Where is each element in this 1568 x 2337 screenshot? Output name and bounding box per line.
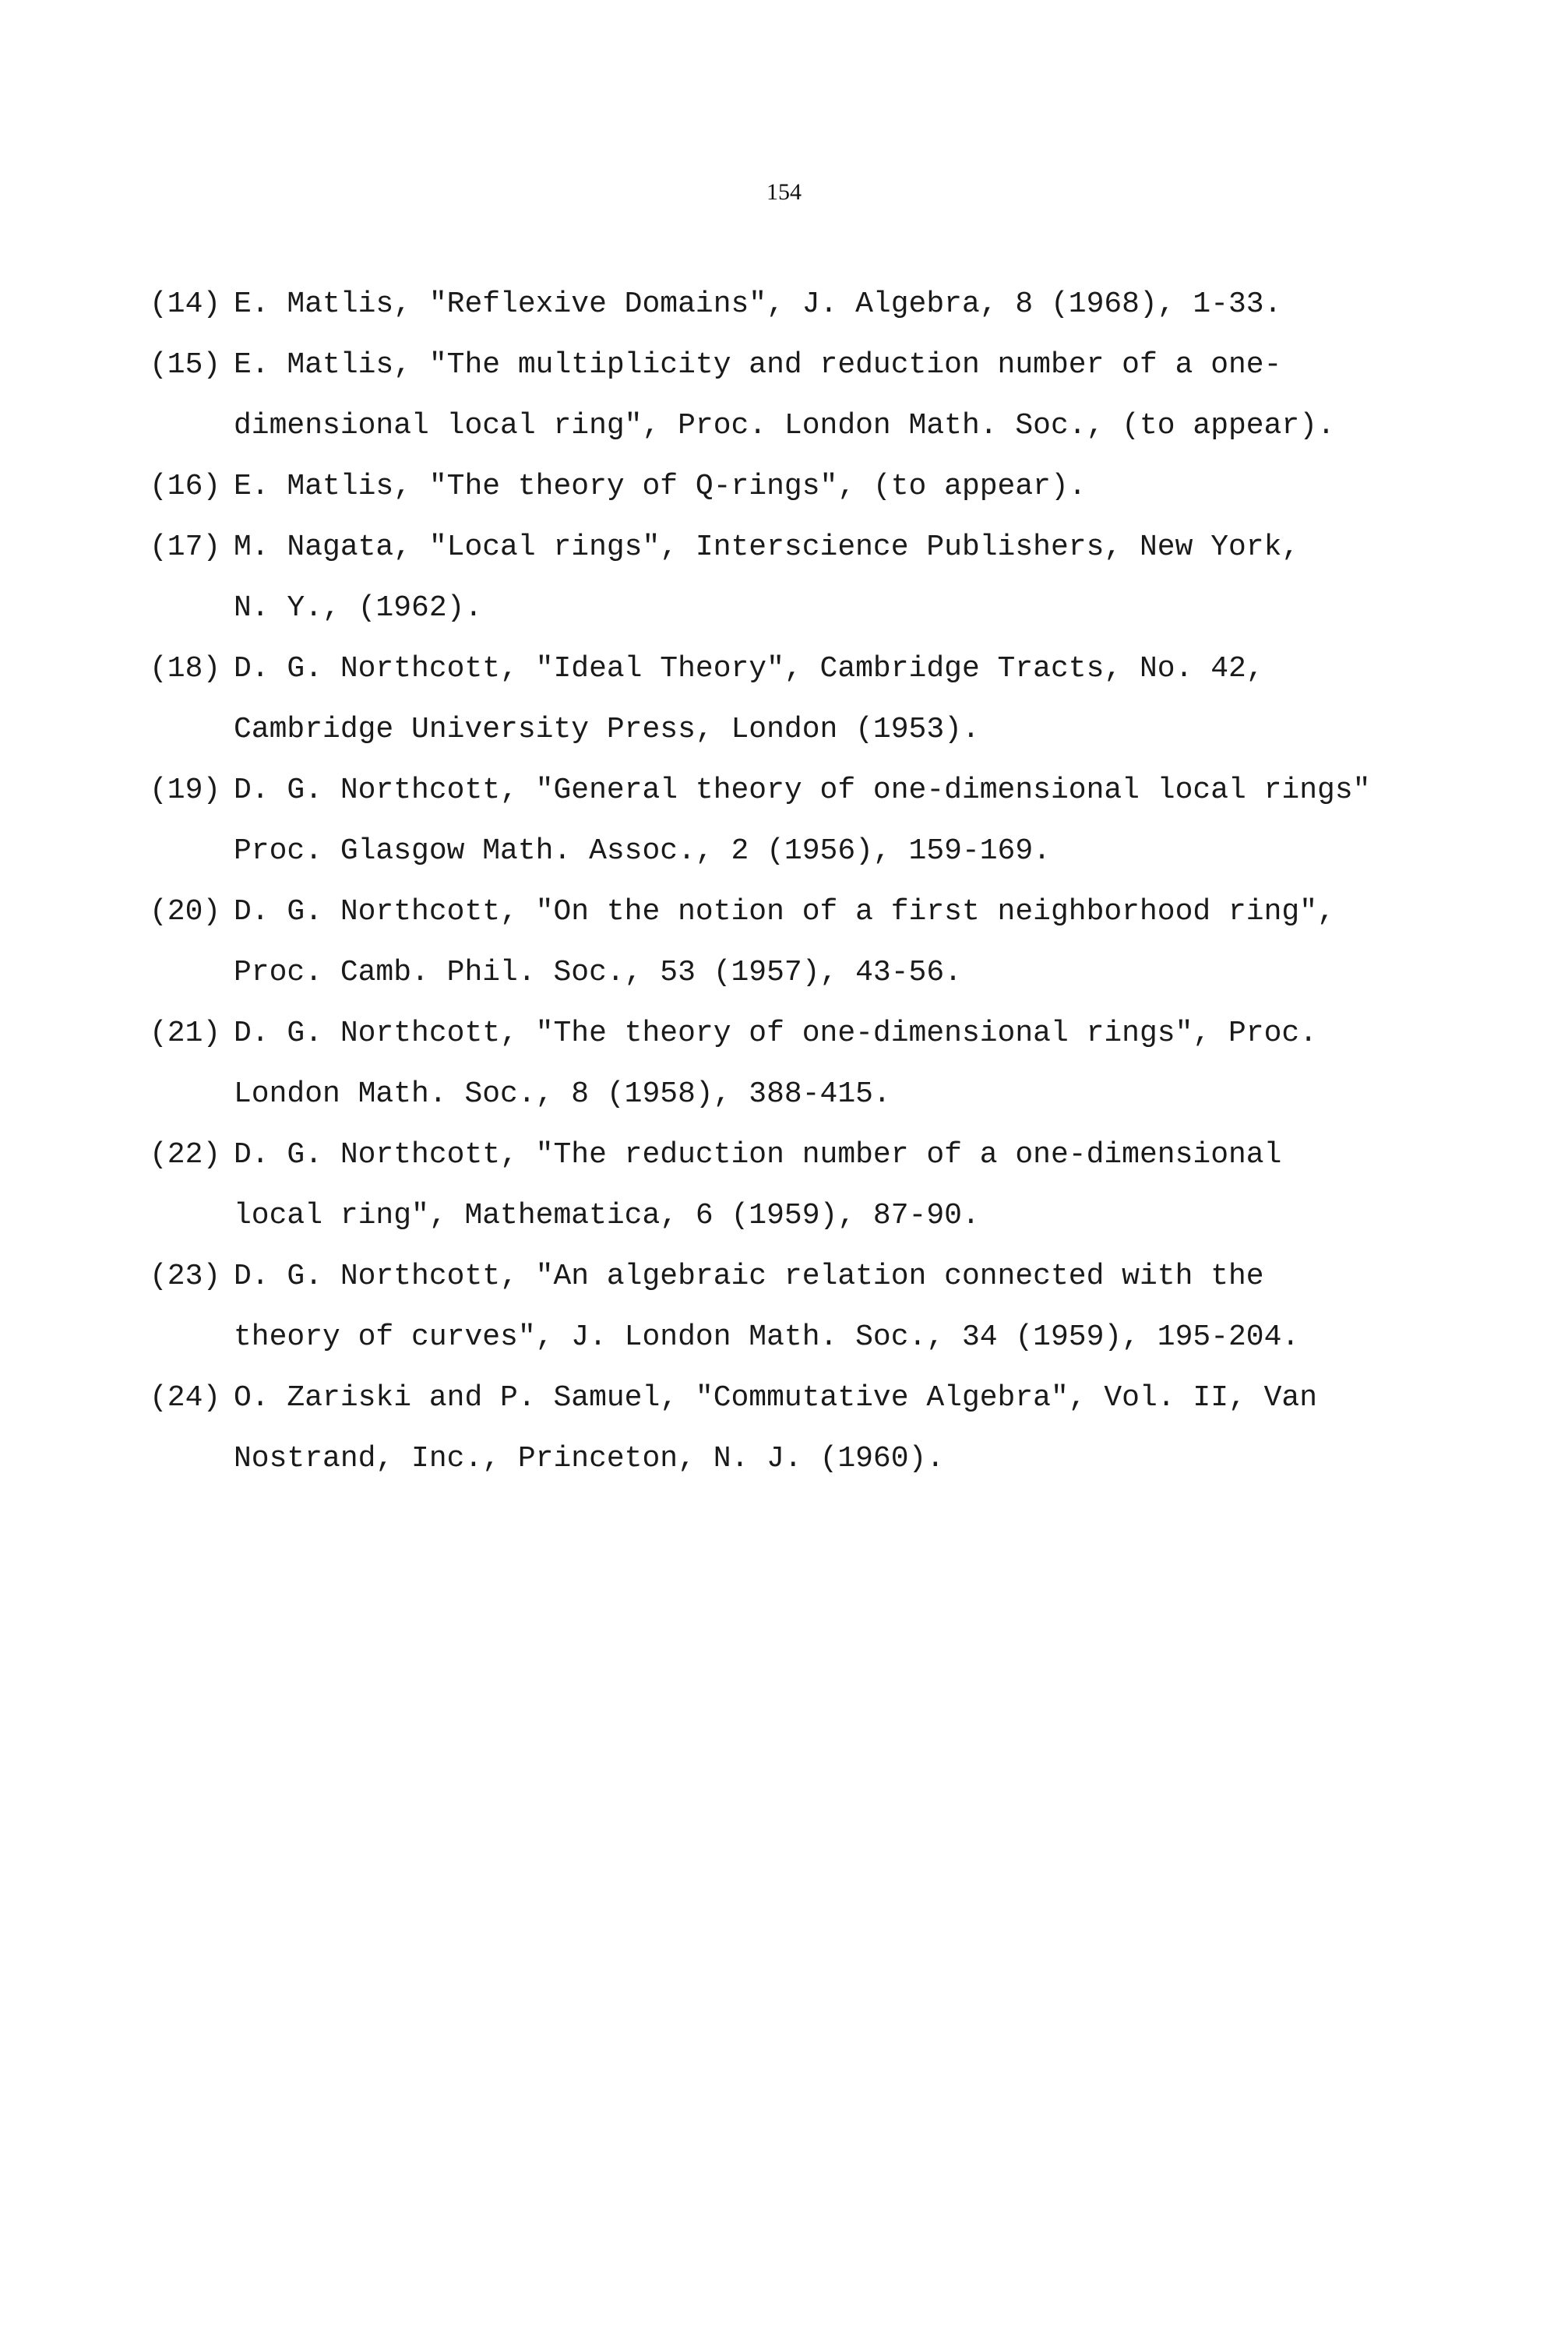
reference-text: E. Matlis, "The theory of Q-rings", (to … — [234, 456, 1087, 517]
reference-line: D. G. Northcott, "The reduction number o… — [234, 1125, 1281, 1186]
reference-item: (16) E. Matlis, "The theory of Q-rings",… — [150, 456, 1370, 517]
reference-item: (24) O. Zariski and P. Samuel, "Commutat… — [150, 1368, 1370, 1489]
reference-line: M. Nagata, "Local rings", Interscience P… — [234, 517, 1299, 578]
reference-label: (17) — [150, 517, 234, 578]
reference-line: D. G. Northcott, "Ideal Theory", Cambrid… — [234, 639, 1264, 700]
reference-line: E. Matlis, "The multiplicity and reducti… — [234, 335, 1335, 396]
reference-label: (19) — [150, 760, 234, 821]
reference-label: (18) — [150, 639, 234, 700]
reference-line: D. G. Northcott, "The theory of one-dime… — [234, 1003, 1317, 1064]
reference-text: D. G. Northcott, "On the notion of a fir… — [234, 882, 1335, 1003]
reference-item: (21) D. G. Northcott, "The theory of one… — [150, 1003, 1370, 1125]
reference-label: (15) — [150, 335, 234, 396]
reference-line: Nostrand, Inc., Princeton, N. J. (1960). — [234, 1429, 1317, 1489]
reference-item: (23) D. G. Northcott, "An algebraic rela… — [150, 1246, 1370, 1368]
reference-item: (14) E. Matlis, "Reflexive Domains", J. … — [150, 274, 1370, 335]
reference-line: local ring", Mathematica, 6 (1959), 87-9… — [234, 1186, 1281, 1246]
reference-text: D. G. Northcott, "General theory of one-… — [234, 760, 1370, 882]
reference-item: (22) D. G. Northcott, "The reduction num… — [150, 1125, 1370, 1246]
reference-item: (18) D. G. Northcott, "Ideal Theory", Ca… — [150, 639, 1370, 760]
reference-text: E. Matlis, "Reflexive Domains", J. Algeb… — [234, 274, 1281, 335]
reference-label: (16) — [150, 456, 234, 517]
reference-text: D. G. Northcott, "The reduction number o… — [234, 1125, 1281, 1246]
reference-line: dimensional local ring", Proc. London Ma… — [234, 396, 1335, 456]
reference-line: D. G. Northcott, "On the notion of a fir… — [234, 882, 1335, 943]
reference-text: D. G. Northcott, "An algebraic relation … — [234, 1246, 1299, 1368]
reference-line: D. G. Northcott, "General theory of one-… — [234, 760, 1370, 821]
reference-label: (22) — [150, 1125, 234, 1186]
reference-line: London Math. Soc., 8 (1958), 388-415. — [234, 1064, 1317, 1125]
reference-line: E. Matlis, "Reflexive Domains", J. Algeb… — [234, 274, 1281, 335]
reference-item: (20) D. G. Northcott, "On the notion of … — [150, 882, 1370, 1003]
reference-line: E. Matlis, "The theory of Q-rings", (to … — [234, 456, 1087, 517]
reference-label: (23) — [150, 1246, 234, 1307]
reference-text: E. Matlis, "The multiplicity and reducti… — [234, 335, 1335, 456]
reference-line: Cambridge University Press, London (1953… — [234, 700, 1264, 760]
reference-line: Proc. Glasgow Math. Assoc., 2 (1956), 15… — [234, 821, 1370, 882]
reference-item: (17) M. Nagata, "Local rings", Interscie… — [150, 517, 1370, 639]
reference-text: D. G. Northcott, "Ideal Theory", Cambrid… — [234, 639, 1264, 760]
reference-text: D. G. Northcott, "The theory of one-dime… — [234, 1003, 1317, 1125]
reference-line: N. Y., (1962). — [234, 578, 1299, 639]
reference-item: (15) E. Matlis, "The multiplicity and re… — [150, 335, 1370, 456]
reference-list: (14) E. Matlis, "Reflexive Domains", J. … — [150, 274, 1370, 1489]
page-number: 154 — [0, 181, 1568, 204]
reference-line: theory of curves", J. London Math. Soc.,… — [234, 1307, 1299, 1368]
reference-label: (24) — [150, 1368, 234, 1429]
reference-line: Proc. Camb. Phil. Soc., 53 (1957), 43-56… — [234, 943, 1335, 1003]
reference-line: D. G. Northcott, "An algebraic relation … — [234, 1246, 1299, 1307]
reference-label: (14) — [150, 274, 234, 335]
reference-item: (19) D. G. Northcott, "General theory of… — [150, 760, 1370, 882]
reference-line: O. Zariski and P. Samuel, "Commutative A… — [234, 1368, 1317, 1429]
reference-text: O. Zariski and P. Samuel, "Commutative A… — [234, 1368, 1317, 1489]
reference-label: (21) — [150, 1003, 234, 1064]
reference-text: M. Nagata, "Local rings", Interscience P… — [234, 517, 1299, 639]
reference-label: (20) — [150, 882, 234, 943]
